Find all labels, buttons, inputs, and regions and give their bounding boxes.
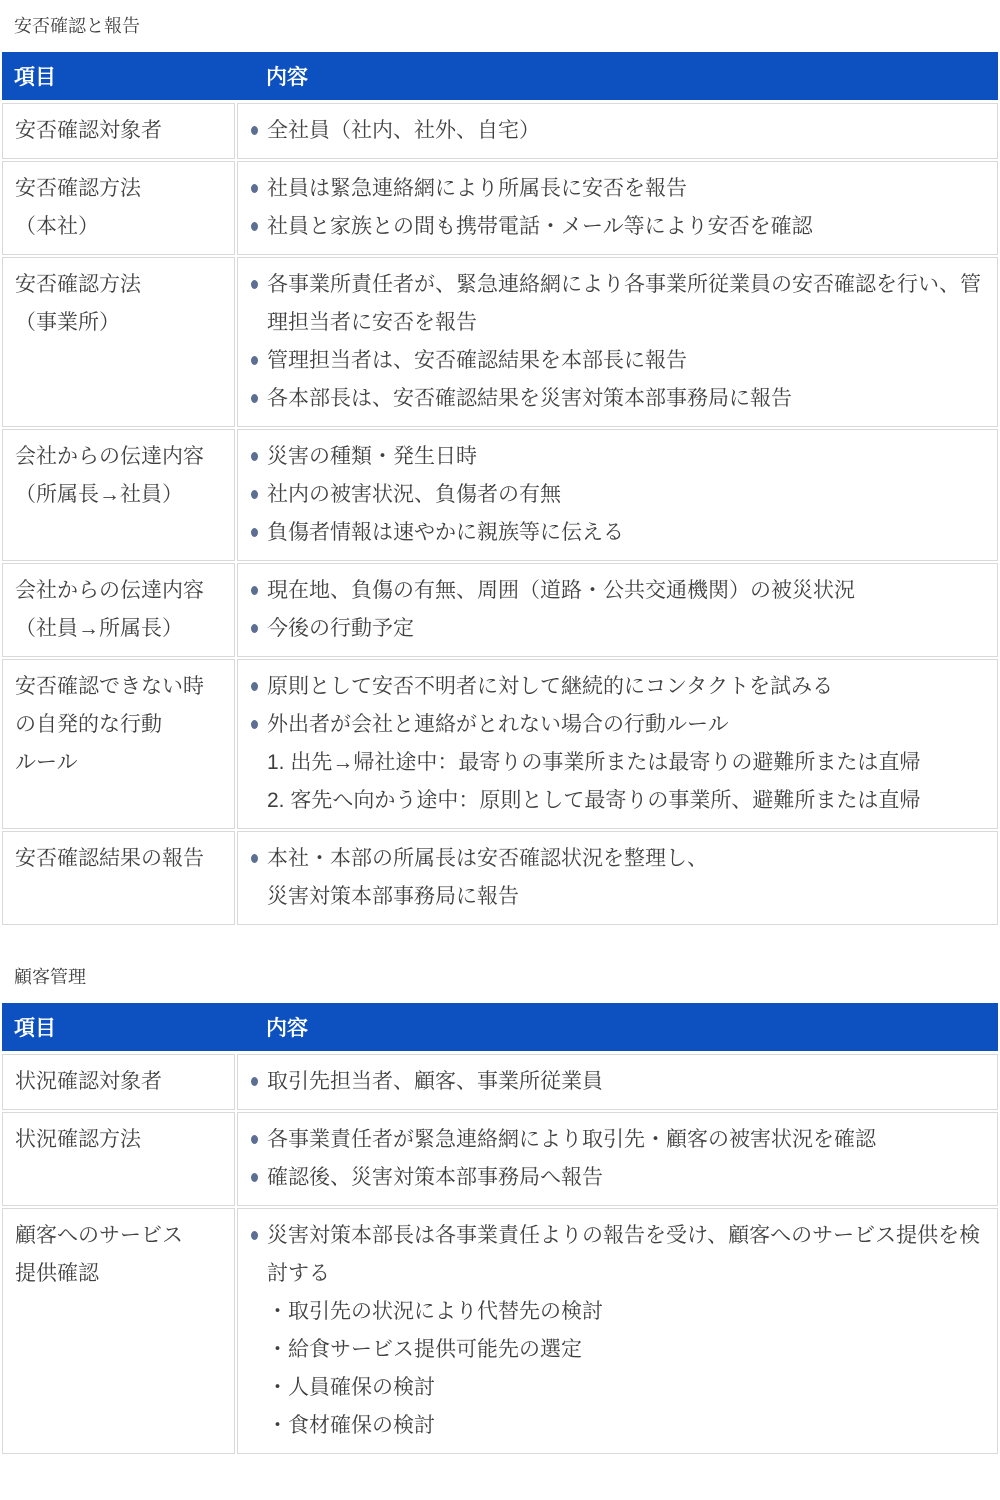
line-text: ・取引先の状況により代替先の検討	[267, 1300, 603, 1323]
bullet-line: 確認後、災害対策本部事務局へ報告	[250, 1159, 985, 1197]
table-row: 安否確認方法 （本社）社員は緊急連絡網により所属長に安否を報告社員と家族との間も…	[2, 161, 998, 255]
table-header-row: 項目内容	[2, 52, 998, 100]
row-item-cell: 会社からの伝達内容 （所属長→社員）	[2, 429, 235, 561]
table-section: 顧客管理項目内容状況確認対象者取引先担当者、顧客、事業所従業員状況確認方法各事業…	[2, 965, 998, 1454]
sub-line: 1. 出先→帰社途中：最寄りの事業所または最寄りの避難所または直帰	[250, 744, 985, 782]
bullet-line: 社員は緊急連絡網により所属長に安否を報告	[250, 170, 985, 208]
row-item-cell: 状況確認対象者	[2, 1054, 235, 1110]
bullet-line: 負傷者情報は速やかに親族等に伝える	[250, 514, 985, 552]
row-content-cell: 災害対策本部長は各事業責任よりの報告を受け、顧客へのサービス提供を検討する・取引…	[237, 1208, 998, 1454]
sections-container: 安否確認と報告項目内容安否確認対象者全社員（社内、社外、自宅）安否確認方法 （本…	[2, 14, 998, 1454]
line-text: 負傷者情報は速やかに親族等に伝える	[267, 521, 624, 544]
bullet-line: 取引先担当者、顧客、事業所従業員	[250, 1063, 985, 1101]
bullet-line: 原則として安否不明者に対して継続的にコンタクトを試みる	[250, 668, 985, 706]
row-content-cell: 各事業責任者が緊急連絡網により取引先・顧客の被害状況を確認確認後、災害対策本部事…	[237, 1112, 998, 1206]
bullet-line: 外出者が会社と連絡がとれない場合の行動ルール	[250, 706, 985, 744]
line-text: 確認後、災害対策本部事務局へ報告	[267, 1166, 603, 1189]
bullet-line: 管理担当者は、安否確認結果を本部長に報告	[250, 342, 985, 380]
row-item-cell: 会社からの伝達内容 （社員→所属長）	[2, 563, 235, 657]
line-text: 災害の種類・発生日時	[267, 445, 477, 468]
line-text: 管理担当者は、安否確認結果を本部長に報告	[267, 349, 687, 372]
bullet-line: 災害対策本部長は各事業責任よりの報告を受け、顧客へのサービス提供を検討する	[250, 1217, 985, 1293]
row-content-cell: 取引先担当者、顧客、事業所従業員	[237, 1054, 998, 1110]
line-text: 本社・本部の所属長は安否確認状況を整理し、 災害対策本部事務局に報告	[267, 847, 708, 908]
table-row: 安否確認結果の報告本社・本部の所属長は安否確認状況を整理し、 災害対策本部事務局…	[2, 831, 998, 925]
bullet-line: 本社・本部の所属長は安否確認状況を整理し、 災害対策本部事務局に報告	[250, 840, 985, 916]
sub-line: ・人員確保の検討	[250, 1369, 985, 1407]
sub-line: ・食材確保の検討	[250, 1407, 985, 1445]
content-list: 全社員（社内、社外、自宅）	[250, 112, 985, 150]
column-header-content: 内容	[235, 61, 998, 91]
row-item-cell: 安否確認方法 （事業所）	[2, 257, 235, 427]
row-content-cell: 本社・本部の所属長は安否確認状況を整理し、 災害対策本部事務局に報告	[237, 831, 998, 925]
sub-line: ・給食サービス提供可能先の選定	[250, 1331, 985, 1369]
column-header-content: 内容	[235, 1012, 998, 1042]
sub-line: 2. 客先へ向かう途中：原則として最寄りの事業所、避難所または直帰	[250, 782, 985, 820]
line-text: 災害対策本部長は各事業責任よりの報告を受け、顧客へのサービス提供を検討する	[267, 1224, 980, 1285]
bullet-line: 各本部長は、安否確認結果を災害対策本部事務局に報告	[250, 380, 985, 418]
content-list: 社員は緊急連絡網により所属長に安否を報告社員と家族との間も携帯電話・メール等によ…	[250, 170, 985, 246]
row-content-cell: 全社員（社内、社外、自宅）	[237, 103, 998, 159]
row-content-cell: 原則として安否不明者に対して継続的にコンタクトを試みる外出者が会社と連絡がとれな…	[237, 659, 998, 829]
table-section: 安否確認と報告項目内容安否確認対象者全社員（社内、社外、自宅）安否確認方法 （本…	[2, 14, 998, 925]
row-content-cell: 社員は緊急連絡網により所属長に安否を報告社員と家族との間も携帯電話・メール等によ…	[237, 161, 998, 255]
bullet-line: 社内の被害状況、負傷者の有無	[250, 476, 985, 514]
row-item-cell: 安否確認できない時 の自発的な行動 ルール	[2, 659, 235, 829]
bullet-line: 各事業責任者が緊急連絡網により取引先・顧客の被害状況を確認	[250, 1121, 985, 1159]
content-list: 取引先担当者、顧客、事業所従業員	[250, 1063, 985, 1101]
row-item-cell: 安否確認方法 （本社）	[2, 161, 235, 255]
line-text: 全社員（社内、社外、自宅）	[267, 119, 540, 142]
table-row: 安否確認方法 （事業所）各事業所責任者が、緊急連絡網により各事業所従業員の安否確…	[2, 257, 998, 427]
table-row: 会社からの伝達内容 （社員→所属長）現在地、負傷の有無、周囲（道路・公共交通機関…	[2, 563, 998, 657]
column-header-item: 項目	[2, 1012, 235, 1042]
row-item-cell: 安否確認対象者	[2, 103, 235, 159]
content-list: 災害対策本部長は各事業責任よりの報告を受け、顧客へのサービス提供を検討する・取引…	[250, 1217, 985, 1445]
column-header-item: 項目	[2, 61, 235, 91]
content-list: 原則として安否不明者に対して継続的にコンタクトを試みる外出者が会社と連絡がとれな…	[250, 668, 985, 820]
data-table: 項目内容安否確認対象者全社員（社内、社外、自宅）安否確認方法 （本社）社員は緊急…	[2, 52, 998, 925]
line-text: 社員と家族との間も携帯電話・メール等により安否を確認	[267, 215, 813, 238]
bullet-line: 災害の種類・発生日時	[250, 438, 985, 476]
content-list: 各事業所責任者が、緊急連絡網により各事業所従業員の安否確認を行い、管理担当者に安…	[250, 266, 985, 418]
section-title: 顧客管理	[14, 965, 998, 989]
line-text: 取引先担当者、顧客、事業所従業員	[267, 1070, 603, 1093]
line-text: 各本部長は、安否確認結果を災害対策本部事務局に報告	[267, 387, 792, 410]
line-text: 各事業責任者が緊急連絡網により取引先・顧客の被害状況を確認	[267, 1128, 876, 1151]
row-item-cell: 安否確認結果の報告	[2, 831, 235, 925]
bullet-line: 現在地、負傷の有無、周囲（道路・公共交通機関）の被災状況	[250, 572, 985, 610]
table-row: 顧客へのサービス 提供確認災害対策本部長は各事業責任よりの報告を受け、顧客へのサ…	[2, 1208, 998, 1454]
line-text: ・給食サービス提供可能先の選定	[267, 1338, 582, 1361]
line-text: 現在地、負傷の有無、周囲（道路・公共交通機関）の被災状況	[267, 579, 855, 602]
table-header-row: 項目内容	[2, 1003, 998, 1051]
document-page: 安否確認と報告項目内容安否確認対象者全社員（社内、社外、自宅）安否確認方法 （本…	[0, 0, 1000, 1454]
content-list: 現在地、負傷の有無、周囲（道路・公共交通機関）の被災状況今後の行動予定	[250, 572, 985, 648]
row-item-cell: 状況確認方法	[2, 1112, 235, 1206]
content-list: 各事業責任者が緊急連絡網により取引先・顧客の被害状況を確認確認後、災害対策本部事…	[250, 1121, 985, 1197]
content-list: 本社・本部の所属長は安否確認状況を整理し、 災害対策本部事務局に報告	[250, 840, 985, 916]
table-row: 状況確認方法各事業責任者が緊急連絡網により取引先・顧客の被害状況を確認確認後、災…	[2, 1112, 998, 1206]
table-row: 安否確認できない時 の自発的な行動 ルール原則として安否不明者に対して継続的にコ…	[2, 659, 998, 829]
line-text: 社員は緊急連絡網により所属長に安否を報告	[267, 177, 687, 200]
line-text: 原則として安否不明者に対して継続的にコンタクトを試みる	[267, 675, 833, 698]
line-text: ・食材確保の検討	[267, 1414, 435, 1437]
line-text: 各事業所責任者が、緊急連絡網により各事業所従業員の安否確認を行い、管理担当者に安…	[267, 273, 981, 334]
line-text: 外出者が会社と連絡がとれない場合の行動ルール	[267, 713, 729, 736]
line-text: 1. 出先→帰社途中：最寄りの事業所または最寄りの避難所または直帰	[267, 751, 920, 774]
line-text: ・人員確保の検討	[267, 1376, 435, 1399]
row-content-cell: 災害の種類・発生日時社内の被害状況、負傷者の有無負傷者情報は速やかに親族等に伝え…	[237, 429, 998, 561]
table-row: 会社からの伝達内容 （所属長→社員）災害の種類・発生日時社内の被害状況、負傷者の…	[2, 429, 998, 561]
row-item-cell: 顧客へのサービス 提供確認	[2, 1208, 235, 1454]
section-title: 安否確認と報告	[14, 14, 998, 38]
data-table: 項目内容状況確認対象者取引先担当者、顧客、事業所従業員状況確認方法各事業責任者が…	[2, 1003, 998, 1454]
row-content-cell: 現在地、負傷の有無、周囲（道路・公共交通機関）の被災状況今後の行動予定	[237, 563, 998, 657]
line-text: 今後の行動予定	[267, 617, 414, 640]
bullet-line: 社員と家族との間も携帯電話・メール等により安否を確認	[250, 208, 985, 246]
bullet-line: 全社員（社内、社外、自宅）	[250, 112, 985, 150]
table-row: 状況確認対象者取引先担当者、顧客、事業所従業員	[2, 1054, 998, 1110]
table-row: 安否確認対象者全社員（社内、社外、自宅）	[2, 103, 998, 159]
line-text: 社内の被害状況、負傷者の有無	[267, 483, 561, 506]
sub-line: ・取引先の状況により代替先の検討	[250, 1293, 985, 1331]
bullet-line: 今後の行動予定	[250, 610, 985, 648]
content-list: 災害の種類・発生日時社内の被害状況、負傷者の有無負傷者情報は速やかに親族等に伝え…	[250, 438, 985, 552]
row-content-cell: 各事業所責任者が、緊急連絡網により各事業所従業員の安否確認を行い、管理担当者に安…	[237, 257, 998, 427]
bullet-line: 各事業所責任者が、緊急連絡網により各事業所従業員の安否確認を行い、管理担当者に安…	[250, 266, 985, 342]
line-text: 2. 客先へ向かう途中：原則として最寄りの事業所、避難所または直帰	[267, 789, 920, 812]
